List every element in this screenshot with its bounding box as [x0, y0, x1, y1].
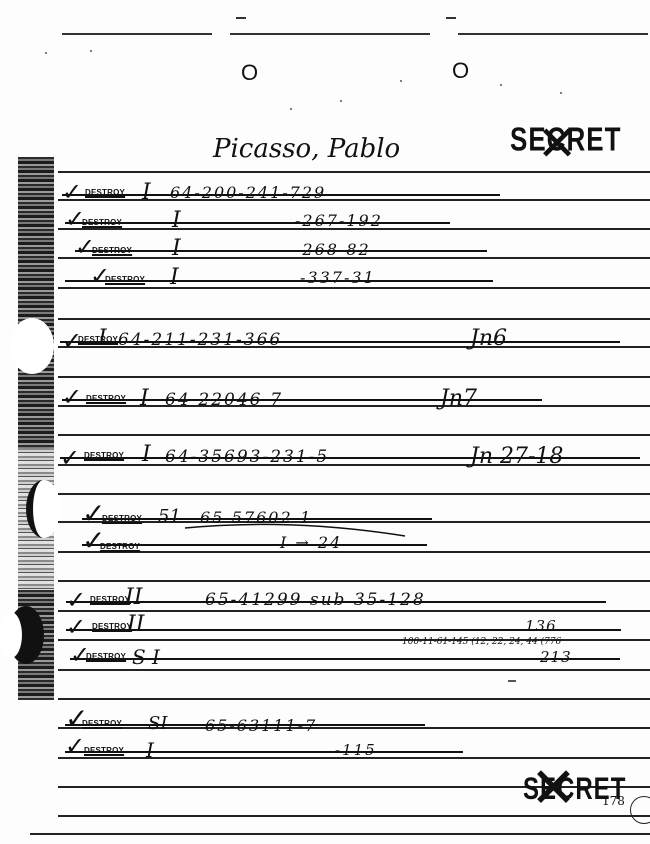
binder-hole	[10, 318, 54, 374]
strike-through	[75, 250, 487, 252]
ruled-line	[58, 580, 650, 582]
entry-number: 64-211-231-366	[118, 330, 282, 350]
binder-hole	[0, 612, 22, 658]
entry-prefix: I	[170, 265, 179, 290]
entry-prefix: II	[125, 585, 142, 610]
top-edge-mark	[446, 17, 456, 19]
cross-out-mark: ✕	[537, 116, 577, 172]
destroy-label: DESTROY	[85, 188, 125, 197]
check-mark: ✓	[66, 615, 86, 639]
speck	[340, 100, 342, 102]
strike-through	[66, 629, 621, 631]
ruled-line	[58, 434, 650, 436]
speck	[508, 680, 516, 682]
binder-edge	[18, 157, 54, 477]
top-edge-mark	[236, 17, 246, 19]
strike-through	[65, 751, 463, 753]
strike-through	[70, 658, 620, 660]
entry-note: 100-11-61-145 (12, 22, 24, 44 (776	[402, 637, 561, 647]
ruled-line	[58, 610, 650, 612]
arrow-curve	[180, 522, 420, 546]
speck	[45, 52, 47, 54]
strike-through	[62, 194, 500, 196]
ruled-line	[58, 551, 650, 553]
check-mark: ✓	[66, 588, 86, 612]
check-mark: ✓	[62, 180, 82, 204]
ruled-line	[58, 287, 650, 289]
destroy-label: DESTROY	[86, 652, 126, 661]
entry-prefix: I	[98, 326, 107, 351]
speck	[500, 84, 502, 86]
punch-hole-right: O	[452, 58, 469, 84]
page-corner-circle	[630, 796, 650, 824]
strike-through	[60, 341, 620, 343]
speck	[90, 50, 92, 52]
entry-prefix: I	[172, 208, 181, 233]
binder-hole	[26, 480, 61, 538]
speck	[290, 108, 292, 110]
top-edge-rule	[458, 33, 648, 35]
ruled-line	[58, 669, 650, 671]
ruled-line	[58, 376, 650, 378]
ruled-line	[58, 318, 650, 320]
strike-through	[65, 280, 493, 282]
entry-number: -337-31	[300, 268, 376, 287]
entry-prefix: II	[127, 612, 144, 637]
strike-through	[65, 724, 425, 726]
speck	[400, 80, 402, 82]
check-mark: ✓	[65, 734, 85, 758]
punch-hole-left: O	[241, 60, 258, 86]
entry-number: 65-41299 sub 35-128	[205, 590, 426, 610]
entry-number: 136	[525, 617, 557, 635]
entry-prefix: S I	[132, 645, 160, 669]
page-number: 178	[602, 794, 625, 808]
entry-prefix: I	[142, 442, 151, 467]
strike-through	[66, 601, 606, 603]
entry-number: 213	[540, 648, 572, 666]
cross-out-mark: ✕	[530, 756, 577, 821]
ruled-line	[58, 727, 650, 729]
entry-number: -267-192	[295, 211, 383, 230]
entry-prefix: I	[142, 180, 151, 205]
strike-through	[65, 222, 450, 224]
entry-prefix: I	[146, 738, 154, 762]
destroy-label: DESTROY	[84, 451, 124, 460]
ruled-line	[30, 833, 650, 835]
check-mark: ✓	[62, 385, 82, 409]
subject-name: Picasso, Pablo	[213, 134, 400, 164]
entry-note: Jn6	[470, 326, 507, 351]
strike-through	[82, 518, 432, 520]
entry-prefix: 51	[158, 506, 181, 527]
strike-through	[62, 399, 542, 401]
ruled-line	[58, 698, 650, 700]
strike-through	[60, 457, 640, 459]
ruled-line	[58, 493, 650, 495]
entry-prefix: I	[172, 236, 181, 261]
speck	[560, 92, 562, 94]
document-page: O O Picasso, Pablo SECRET ✕ ✓ DESTROY I …	[0, 0, 650, 844]
top-edge-rule	[230, 33, 430, 35]
top-edge-rule	[62, 33, 212, 35]
entry-number: -115	[335, 741, 377, 759]
entry-number: 64-200-241-729	[170, 183, 326, 202]
